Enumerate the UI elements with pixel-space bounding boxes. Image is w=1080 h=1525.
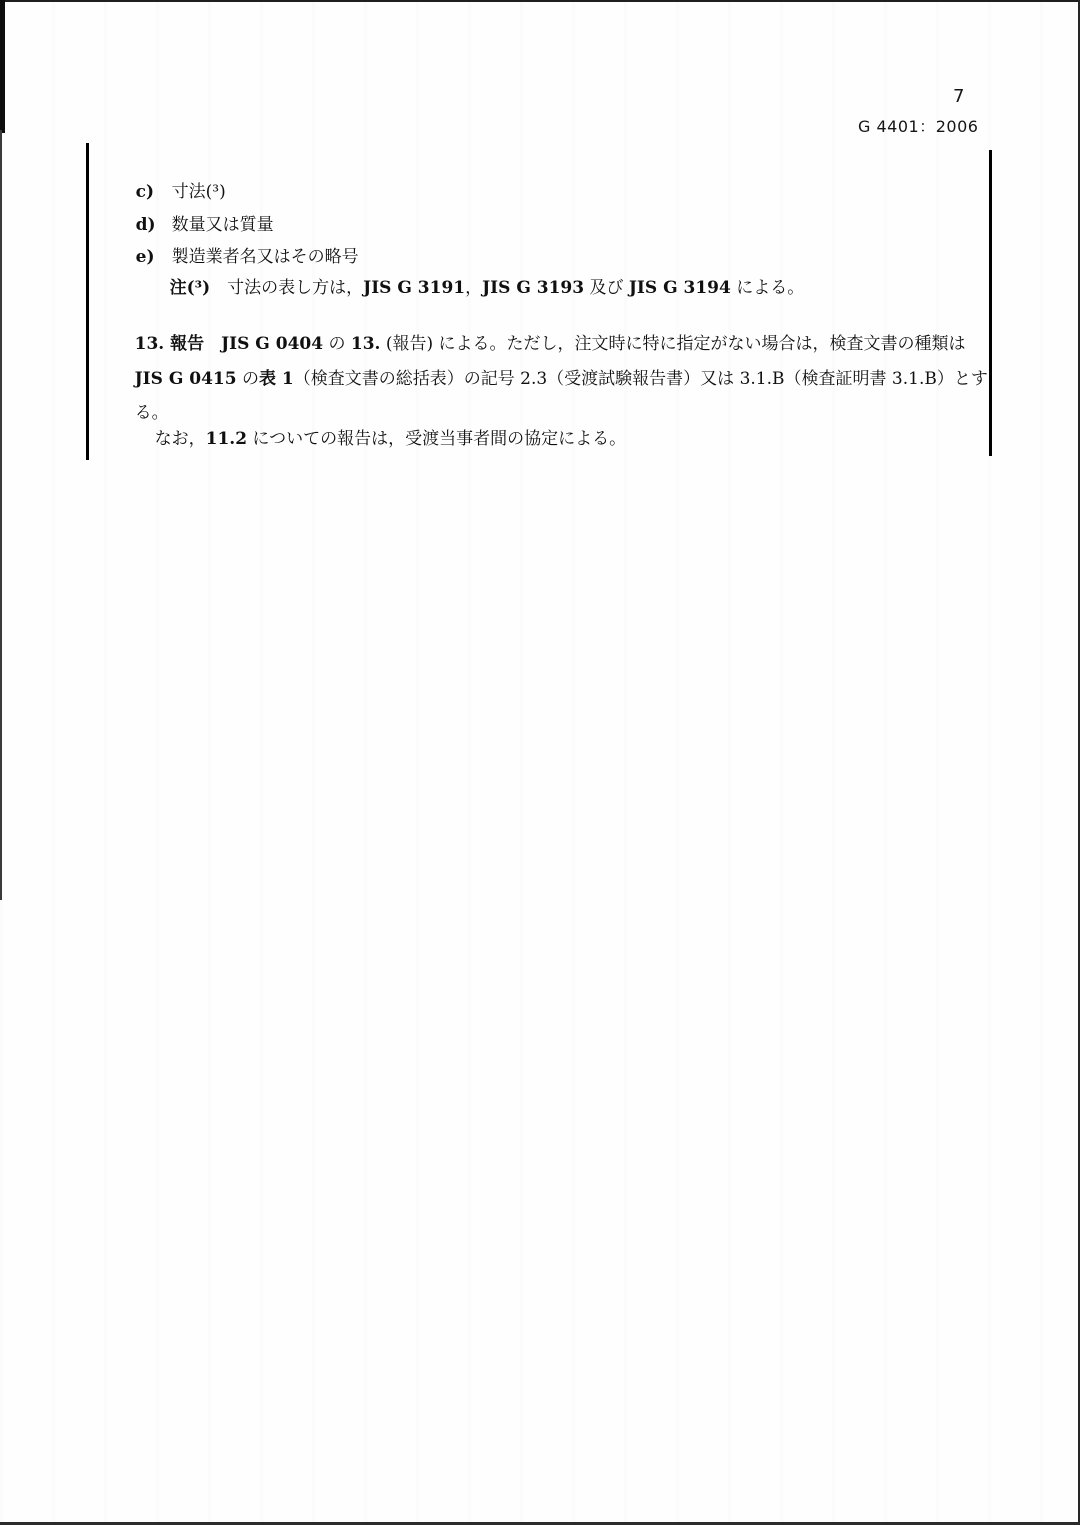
doc-number: G 4401：2006 bbox=[858, 114, 978, 137]
jis-ref: JIS G 3194 bbox=[629, 278, 731, 298]
table-ref: 表 1 bbox=[259, 369, 294, 389]
scan-edge-left-line bbox=[0, 130, 2, 900]
section13-line4: なお，11.2 についての報告は，受渡当事者間の協定による。 bbox=[133, 403, 626, 475]
scan-edge-left-strip bbox=[0, 0, 5, 133]
body-text: についての報告は，受渡当事者間の協定による。 bbox=[247, 429, 626, 449]
change-bar-left bbox=[86, 143, 89, 460]
body-text: （検査文書の総括表）の記号 2.3（受渡試験報告書）又は 3.1.B（検査証明書… bbox=[294, 369, 988, 389]
body-text: なお， bbox=[155, 429, 206, 449]
document-page: 7 G 4401：2006 c)寸法(³) d)数量又は質量 e)製造業者名又は… bbox=[0, 0, 1080, 1525]
change-bar-right bbox=[989, 150, 992, 456]
footnote-text: ， bbox=[465, 278, 482, 298]
footnote-label: 注(³) bbox=[170, 278, 211, 298]
footnote-text: 寸法の表し方は， bbox=[210, 278, 363, 298]
jis-ref: JIS G 3193 bbox=[482, 278, 584, 298]
clause-ref: 11.2 bbox=[206, 429, 247, 449]
page-number: 7 bbox=[953, 86, 964, 107]
scan-edge-top bbox=[0, 0, 1080, 2]
footnote-text: による。 bbox=[731, 278, 804, 298]
jis-ref: JIS G 3191 bbox=[363, 278, 465, 298]
body-text: の bbox=[237, 369, 259, 389]
footnote-text: 及び bbox=[584, 278, 629, 298]
